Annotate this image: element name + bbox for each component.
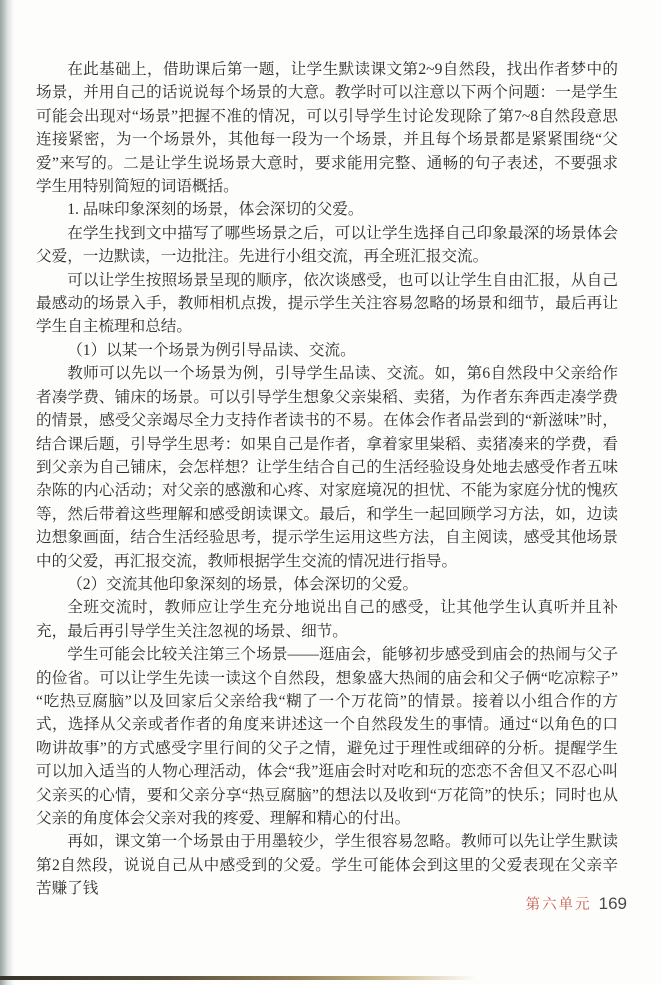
page-number: 169	[599, 894, 627, 913]
paragraph-body-6: 再如，课文第一个场景由于用墨较少，学生很容易忽略。教师可以先让学生默读第2自然段…	[36, 830, 618, 900]
page-bottom-edge	[0, 976, 661, 980]
paragraph-body-2: 可以让学生按照场景呈现的顺序，依次谈感受，也可以让学生自由汇报，从自己最感动的场…	[36, 269, 618, 339]
paragraph-body-4: 全班交流时，教师应让学生充分地说出自己的感受，让其他学生认真听并且补充，最后再引…	[36, 596, 618, 643]
paragraph-intro: 在此基础上，借助课后第一题，让学生默读课文第2~9自然段，找出作者梦中的场景，并…	[36, 58, 618, 198]
page-footer: 第六单元169	[526, 893, 627, 914]
heading-sub-1: （1）以某一个场景为例引导品读、交流。	[36, 339, 618, 362]
book-page: 在此基础上，借助课后第一题，让学生默读课文第2~9自然段，找出作者梦中的场景，并…	[0, 0, 661, 985]
page-gutter-shadow	[0, 0, 14, 985]
unit-label: 第六单元	[526, 897, 592, 913]
heading-sub-2: （2）交流其他印象深刻的场景，体会深切的父爱。	[36, 573, 618, 596]
paragraph-body-1: 在学生找到文中描写了哪些场景之后，可以让学生选择自己印象最深的场景体会父爱，一边…	[36, 222, 618, 269]
paragraph-body-3: 教师可以先以一个场景为例，引导学生品读、交流。如，第6自然段中父亲给作者凑学费、…	[36, 362, 618, 573]
paragraph-body-5: 学生可能会比较关注第三个场景——逛庙会，能够初步感受到庙会的热闹与父子的俭省。可…	[36, 643, 618, 830]
heading-1: 1. 品味印象深刻的场景，体会深切的父爱。	[36, 198, 618, 221]
page-text-content: 在此基础上，借助课后第一题，让学生默读课文第2~9自然段，找出作者梦中的场景，并…	[36, 58, 618, 901]
